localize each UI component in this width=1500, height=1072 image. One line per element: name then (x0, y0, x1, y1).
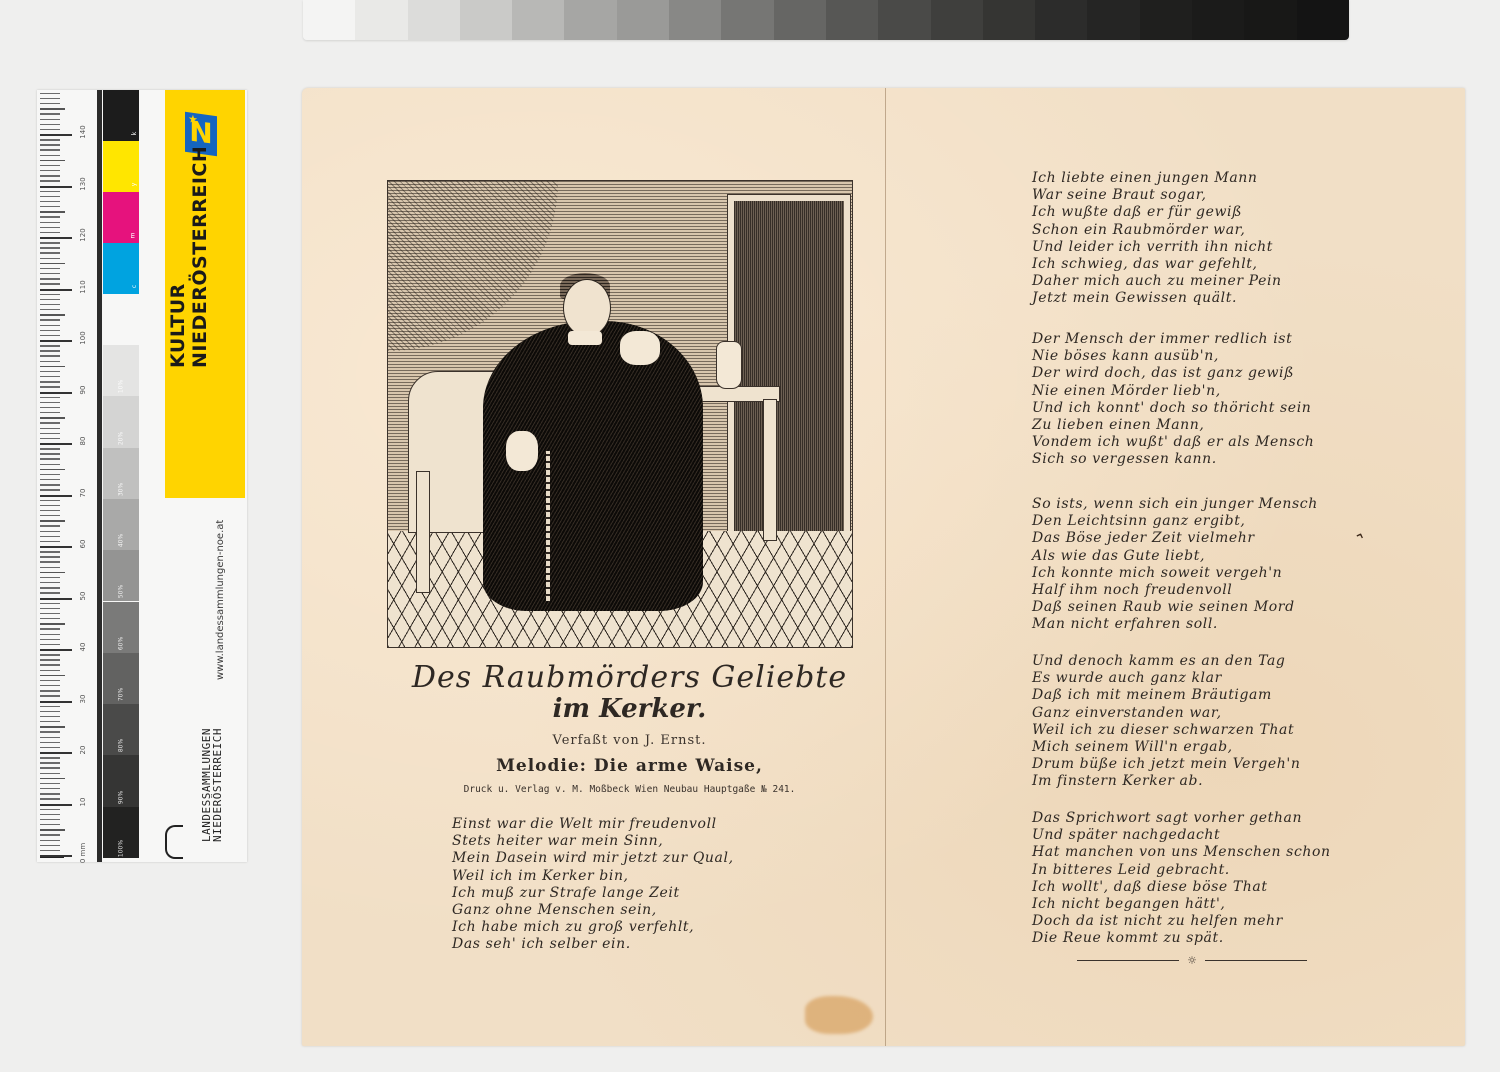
verse-line: Ich schwieg, das war gefehlt, (1032, 256, 1282, 273)
verse-line: Das seh' ich selber ein. (452, 936, 734, 953)
document-subtitle: im Kerker. (402, 694, 857, 724)
verse-line: Mich seinem Will'n ergab, (1032, 739, 1300, 756)
kultur-noe-brand-panel: ★ N KULTUR NIEDERÖSTERREICH (165, 90, 245, 498)
ruler-tick (40, 392, 72, 394)
brand-line-1: KULTUR (167, 148, 189, 458)
gray-step (1192, 0, 1244, 40)
ruler-tick (40, 469, 65, 471)
gray-patch: 40% (103, 499, 139, 550)
ruler-tick (40, 428, 60, 429)
verse-line: Es wurde auch ganz klar (1032, 670, 1300, 687)
ruler-tick (40, 500, 60, 501)
ruler-tick (40, 644, 60, 645)
ruler-tick (40, 628, 60, 629)
ruler-tick (40, 809, 60, 810)
ruler-label: 70 (79, 481, 87, 505)
ruler-tick (40, 515, 60, 516)
verse-line: Ganz einverstanden war, (1032, 705, 1300, 722)
verse-line: Ich liebte einen jungen Mann (1032, 170, 1282, 187)
ruler-tick (40, 520, 65, 522)
engraving-illustration (387, 180, 853, 648)
ruler-tick (40, 561, 60, 562)
ruler-tick (40, 237, 72, 239)
cmyk-patch-label: k (131, 132, 138, 135)
bed-leg (416, 471, 430, 593)
ruler-tick (40, 731, 60, 732)
ruler-tick (40, 350, 60, 351)
ruler-tick (40, 845, 60, 846)
verse-line: Ganz ohne Menschen sein, (452, 902, 734, 919)
verse-line: Daß seinen Raub wie seinen Mord (1032, 599, 1318, 616)
cmyk-patch: c (103, 243, 139, 294)
ruler-tick (40, 433, 60, 434)
ruler-tick (40, 103, 60, 104)
ruler-tick (40, 397, 60, 398)
ruler-label: 60 (79, 532, 87, 556)
printer-imprint: Druck u. Verlag v. M. Moßbeck Wien Neuba… (402, 784, 857, 795)
ruler-tick (40, 129, 60, 130)
ruler-tick (40, 649, 72, 651)
ruler-tick (40, 788, 60, 789)
brace-icon (165, 825, 183, 859)
ruler-tick (40, 793, 60, 794)
ruler-tick (40, 222, 60, 223)
ruler-tick (40, 206, 60, 207)
ruler-tick (40, 639, 60, 640)
ruler-tick (40, 289, 72, 291)
gray-step (1244, 0, 1296, 40)
gray-patch: 100% (103, 807, 139, 858)
gray-step (355, 0, 407, 40)
ruler-tick (40, 659, 60, 660)
ruler-tick (40, 582, 60, 583)
water-stain (805, 996, 873, 1034)
ruler-tick (40, 361, 60, 362)
verse-line: Weil ich zu dieser schwarzen That (1032, 722, 1300, 739)
ruler-tick (40, 278, 60, 279)
verse-line: Den Leichtsinn ganz ergibt, (1032, 513, 1318, 530)
gray-step (1297, 0, 1349, 40)
verse-line: Nie einen Mörder lieb'n, (1032, 383, 1314, 400)
ruler-label: 10 (79, 790, 87, 814)
verse-line: Schon ein Raubmörder war, (1032, 222, 1282, 239)
verse-line: Nie böses kann ausüb'n, (1032, 348, 1314, 365)
ruler-tick (40, 263, 65, 265)
ruler-tick (40, 252, 60, 253)
verse-line: War seine Braut sogar, (1032, 187, 1282, 204)
ruler-tick (40, 335, 60, 336)
stanza: So ists, wenn sich ein junger MenschDen … (1032, 496, 1318, 634)
verse-line: In bitteres Leid gebracht. (1032, 862, 1331, 879)
verse-line: Stets heiter war mein Sinn, (452, 833, 734, 850)
ruler-tick (40, 778, 65, 780)
ruler-tick (40, 155, 60, 156)
ruler-tick (40, 458, 60, 459)
ruler-tick (40, 464, 60, 465)
ruler-tick (40, 711, 60, 712)
verse-line: Doch da ist nicht zu helfen mehr (1032, 913, 1331, 930)
broadside-document: Des Raubmörders Geliebte im Kerker. Verf… (302, 88, 1465, 1046)
verse-line: Im finstern Kerker ab. (1032, 773, 1300, 790)
ruler-tick (40, 551, 60, 552)
ruler-tick (40, 489, 60, 490)
verse-line: Man nicht erfahren soll. (1032, 616, 1318, 633)
ruler-tick (40, 752, 72, 754)
gray-step (564, 0, 616, 40)
ruler-tick (40, 299, 60, 300)
document-title: Des Raubmörders Geliebte (402, 660, 857, 695)
ruler-tick (40, 577, 60, 578)
gray-step (408, 0, 460, 40)
ruler-tick (40, 191, 60, 192)
ruler-tick (40, 448, 60, 449)
ruler-tick (40, 134, 72, 136)
cmyk-patch: k (103, 90, 139, 141)
ruler-label: 120 (79, 223, 87, 247)
ruler-tick (40, 855, 72, 857)
gray-step (878, 0, 930, 40)
ruler-tick (40, 819, 60, 820)
institution-line-2: NIEDERÖSTERREICH (212, 728, 223, 842)
ruler-tick (40, 510, 60, 511)
ruler-tick (40, 304, 60, 305)
ruler-tick (40, 376, 60, 377)
cmyk-patch: y (103, 141, 139, 192)
ruler-tick (40, 603, 60, 604)
ruler-tick (40, 108, 65, 110)
ruler-tick (40, 536, 60, 537)
author-line: Verfaßt von J. Ernst. (402, 733, 857, 748)
verse-line: Die Reue kommt zu spät. (1032, 930, 1331, 947)
gray-step (512, 0, 564, 40)
ruler-label: 30 (79, 687, 87, 711)
cmyk-patch: m (103, 192, 139, 243)
verse-line: Half ihm noch freudenvoll (1032, 582, 1318, 599)
gray-patch: 60% (103, 602, 139, 653)
verse-line: Daher mich auch zu meiner Pein (1032, 273, 1282, 290)
ruler-tick (40, 840, 60, 841)
ruler-tick (40, 196, 60, 197)
cmyk-patch-label: m (130, 233, 137, 239)
color-calibration-card: 1401301201101009080706050403020100 mm ky… (37, 90, 247, 862)
ruler-tick (40, 113, 60, 114)
ruler-tick (40, 309, 60, 310)
table-leg (763, 399, 777, 541)
ruler-tick (40, 505, 60, 506)
ruler-tick (40, 283, 60, 284)
ruler-tick (40, 556, 60, 557)
ruler-tick (40, 438, 60, 439)
ruler-tick (40, 273, 60, 274)
ruler-tick (40, 798, 60, 799)
ruler-tick (40, 124, 60, 125)
sleeve-cuff (506, 431, 538, 471)
ruler-tick (40, 314, 65, 316)
ruler-label: 110 (79, 275, 87, 299)
ruler-tick (40, 227, 60, 228)
ruler-tick (40, 345, 60, 346)
ruler-tick (40, 330, 60, 331)
ruler-tick (40, 531, 60, 532)
verse-line: Vondem ich wußt' daß er als Mensch (1032, 434, 1314, 451)
grayscale-calibration-strip (303, 0, 1349, 40)
ruler-tick (40, 340, 72, 342)
cell-door (728, 195, 850, 547)
gray-patch: 10% (103, 345, 139, 396)
ruler-tick (40, 525, 60, 526)
gray-step (774, 0, 826, 40)
ruler-tick (40, 721, 60, 722)
ruler-tick (40, 319, 60, 320)
ruler-label: 140 (79, 120, 87, 144)
verse-line: Und später nachgedacht (1032, 827, 1331, 844)
ruler-tick (40, 613, 60, 614)
ruler-tick (40, 412, 60, 413)
verse-line: Daß ich mit meinem Bräutigam (1032, 687, 1300, 704)
gray-step (1140, 0, 1192, 40)
ruler-tick (40, 762, 60, 763)
verse-line: Das Sprichwort sagt vorher gethan (1032, 810, 1331, 827)
ruler-tick (40, 268, 60, 269)
ruler-tick (40, 726, 65, 728)
gray-step (669, 0, 721, 40)
verse-line: Zu lieben einen Mann, (1032, 417, 1314, 434)
verse-line: Als wie das Gute liebt, (1032, 548, 1318, 565)
jug (716, 341, 742, 389)
ruler-tick (40, 675, 65, 677)
ruler-tick (40, 216, 60, 217)
gray-patch: 80% (103, 704, 139, 755)
ruler-tick (40, 479, 60, 480)
verse-line: Drum büße ich jetzt mein Vergeh'n (1032, 756, 1300, 773)
cmyk-patch-label: c (131, 285, 138, 288)
color-patches: kymc10%20%30%40%50%60%70%80%90%100% (103, 90, 139, 862)
ruler-tick (40, 773, 60, 774)
vault-shading (388, 181, 558, 351)
ruler-tick (40, 98, 60, 99)
gray-patch: 30% (103, 448, 139, 499)
ruler-tick (40, 366, 65, 368)
ruler-tick (40, 201, 60, 202)
ruler-tick (40, 690, 60, 691)
ruler-tick (40, 180, 60, 181)
verse-line: Einst war die Welt mir freudenvoll (452, 816, 734, 833)
ruler-tick (40, 541, 60, 542)
ruler-tick (40, 381, 60, 382)
stanza: Ich liebte einen jungen MannWar seine Br… (1032, 170, 1282, 308)
verse-line: Ich wollt', daß diese böse That (1032, 879, 1331, 896)
ruler-tick (40, 664, 60, 665)
gray-step (617, 0, 669, 40)
gray-patch: 50% (103, 550, 139, 601)
ruler-tick (40, 814, 60, 815)
ruler-tick (40, 402, 60, 403)
verse-line: Jetzt mein Gewissen quält. (1032, 290, 1282, 307)
ruler-tick (40, 634, 60, 635)
collar (568, 331, 602, 345)
cmyk-patch-label: y (131, 183, 138, 187)
ruler-tick (40, 443, 72, 445)
verse-line: Und leider ich verrith ihn nicht (1032, 239, 1282, 256)
gray-patch: 20% (103, 396, 139, 447)
ruler-tick (40, 93, 60, 94)
ruler-tick (40, 685, 60, 686)
ruler-tick (40, 258, 60, 259)
brand-wordmark: KULTUR NIEDERÖSTERREICH (167, 148, 237, 458)
ruler-tick (40, 165, 60, 166)
gray-patch: 70% (103, 653, 139, 704)
ruler-label: 0 mm (79, 841, 87, 865)
gray-step (721, 0, 773, 40)
ruler-tick (40, 829, 65, 831)
ruler-tick (40, 417, 65, 419)
ruler-tick (40, 211, 65, 213)
ruler-tick (40, 144, 60, 145)
institution-name: LANDESSAMMLUNGEN NIEDERÖSTERREICH (201, 728, 223, 842)
verse-line: Ich muß zur Strafe lange Zeit (452, 885, 734, 902)
ruler-tick (40, 680, 60, 681)
ruler-label: 130 (79, 172, 87, 196)
fold-line (885, 88, 886, 1046)
ornament-rule (1205, 960, 1307, 962)
gray-step (1087, 0, 1139, 40)
ruler-label: 50 (79, 584, 87, 608)
ruler-tick (40, 747, 60, 748)
gray-patch: 90% (103, 755, 139, 806)
ruler-tick (40, 495, 72, 497)
ruler-tick (40, 139, 60, 140)
ruler-tick (40, 850, 60, 851)
sleeve-cuff (620, 331, 660, 365)
ruler-tick (40, 783, 60, 784)
ruler-tick (40, 371, 60, 372)
black-reference-line (97, 90, 102, 862)
verse-line: Der Mensch der immer redlich ist (1032, 331, 1314, 348)
ruler-label: 80 (79, 429, 87, 453)
stanza: Der Mensch der immer redlich istNie böse… (1032, 331, 1314, 469)
ruler-tick (40, 355, 60, 356)
ruler-tick (40, 546, 72, 548)
ruler-tick (40, 767, 60, 768)
gray-step (1035, 0, 1087, 40)
verse-line: Der wird doch, das ist ganz gewiß (1032, 365, 1314, 382)
gray-step (983, 0, 1035, 40)
ruler-label: 20 (79, 738, 87, 762)
ruler-tick (40, 119, 60, 120)
ruler-tick (40, 742, 60, 743)
ruler-tick (40, 701, 72, 703)
ruler-tick (40, 186, 72, 188)
ruler-tick (40, 407, 60, 408)
ruler-tick (40, 737, 60, 738)
verse-line: Ich konnte mich soweit vergeh'n (1032, 565, 1318, 582)
ruler-tick (40, 587, 60, 588)
ruler-tick (40, 623, 65, 625)
ruler-tick (40, 386, 60, 387)
ruler-tick (40, 453, 60, 454)
ruler-tick (40, 232, 60, 233)
verse-line: Weil ich im Kerker bin, (452, 868, 734, 885)
melody-line: Melodie: Die arme Waise, (402, 756, 857, 776)
ruler-tick (40, 567, 60, 568)
ruler-tick (40, 804, 72, 806)
verse-line: So ists, wenn sich ein junger Mensch (1032, 496, 1318, 513)
verse-line: Und ich konnt' doch so thöricht sein (1032, 400, 1314, 417)
ruler-tick (40, 598, 72, 600)
ruler-tick (40, 716, 60, 717)
sun-ornament-icon: ☼ (1187, 954, 1197, 967)
ruler-tick (40, 175, 60, 176)
brand-line-2: NIEDERÖSTERREICH (189, 148, 211, 458)
ruler-label: 100 (79, 326, 87, 350)
ruler-tick (40, 695, 60, 696)
ruler-tick (40, 834, 60, 835)
ruler-tick (40, 608, 60, 609)
ruler-tick (40, 170, 60, 171)
closing-ornament: ☼ (1077, 954, 1307, 967)
ruler-tick (40, 592, 60, 593)
verse-line: Ich nicht begangen hätt', (1032, 896, 1331, 913)
institution-url: www.landessammlungen-noe.at (215, 520, 226, 680)
ruler-label: 90 (79, 378, 87, 402)
ruler-tick (40, 572, 65, 574)
ruler-tick (40, 670, 60, 671)
ink-mark: ⌃ (1349, 528, 1368, 550)
ruler-tick (40, 706, 60, 707)
gray-patch-label: 100% (118, 830, 125, 866)
mm-ruler: 1401301201101009080706050403020100 mm (37, 90, 97, 862)
ruler-tick (40, 474, 60, 475)
stanza: Und denoch kamm es an den TagEs wurde au… (1032, 653, 1300, 791)
stanza: Das Sprichwort sagt vorher gethanUnd spä… (1032, 810, 1331, 948)
chain (546, 451, 550, 601)
ruler-label: 40 (79, 635, 87, 659)
verse-line: Und denoch kamm es an den Tag (1032, 653, 1300, 670)
ruler-tick (40, 242, 60, 243)
gray-step (460, 0, 512, 40)
gray-step (931, 0, 983, 40)
woman-face (563, 279, 611, 337)
ruler-tick (40, 484, 60, 485)
verse-line: Ich habe mich zu groß verfehlt, (452, 919, 734, 936)
ruler-tick (40, 654, 60, 655)
verse-line: Mein Dasein wird mir jetzt zur Qual, (452, 850, 734, 867)
verse-line: Ich wußte daß er für gewiß (1032, 204, 1282, 221)
stanza: Einst war die Welt mir freudenvollStets … (452, 816, 734, 954)
ornament-rule (1077, 960, 1179, 962)
ruler-tick (40, 757, 60, 758)
ruler-tick (40, 325, 60, 326)
gray-step (303, 0, 355, 40)
ruler-tick (40, 618, 60, 619)
verse-line: Sich so vergessen kann. (1032, 451, 1314, 468)
ruler-tick (40, 824, 60, 825)
verse-line: Das Böse jeder Zeit vielmehr (1032, 530, 1318, 547)
gray-step (826, 0, 878, 40)
ruler-tick (40, 422, 60, 423)
verse-line: Hat manchen von uns Menschen schon (1032, 844, 1331, 861)
ruler-tick (40, 294, 60, 295)
ruler-tick (40, 247, 60, 248)
ruler-tick (40, 149, 60, 150)
ruler-tick (40, 160, 65, 162)
